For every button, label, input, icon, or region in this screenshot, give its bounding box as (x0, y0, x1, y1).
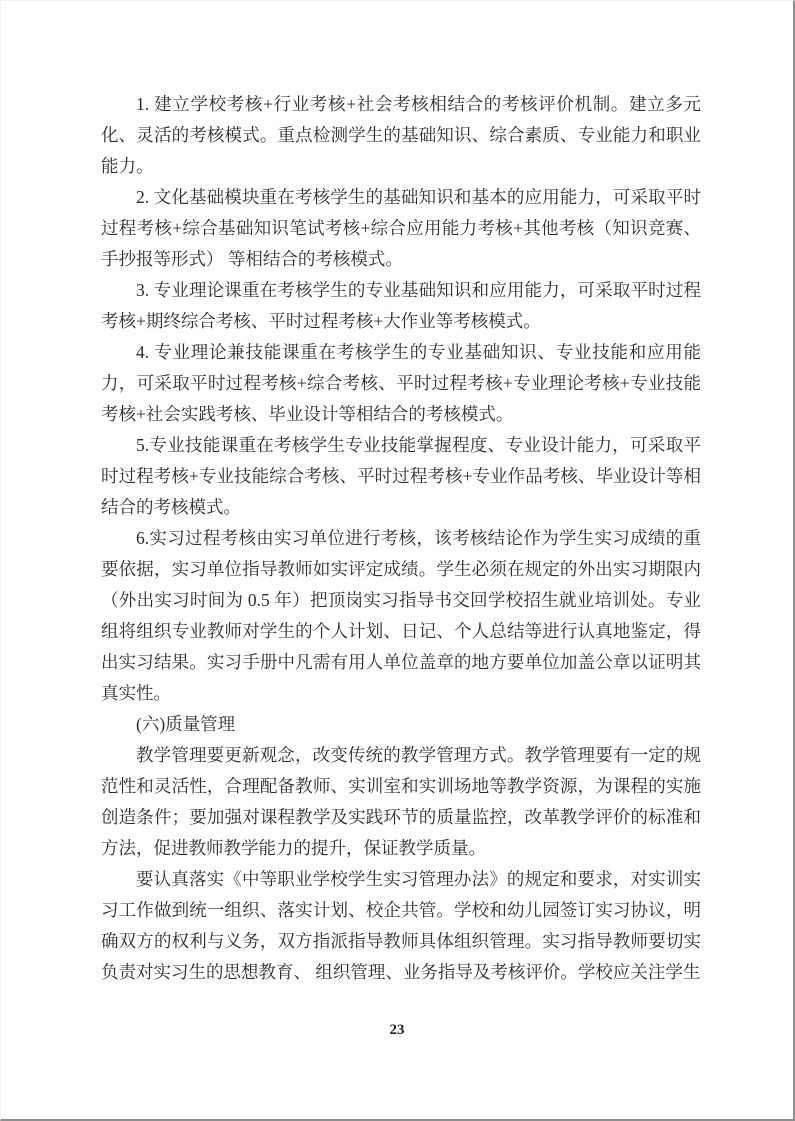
section-heading-quality-management: (六)质量管理 (101, 709, 701, 740)
paragraph-numbered-3: 3. 专业理论课重在考核学生的专业基础知识和应用能力，可采取平时过程考核+期终综… (101, 275, 701, 337)
page-number: 23 (1, 1022, 793, 1039)
paragraph-numbered-2: 2. 文化基础模块重在考核学生的基础知识和基本的应用能力，可采取平时过程考核+综… (101, 182, 701, 275)
document-page: 1. 建立学校考核+行业考核+社会考核相结合的考核评价机制。建立多元化、灵活的考… (0, 0, 795, 1121)
paragraph-numbered-1: 1. 建立学校考核+行业考核+社会考核相结合的考核评价机制。建立多元化、灵活的考… (101, 89, 701, 182)
document-body: 1. 建立学校考核+行业考核+社会考核相结合的考核评价机制。建立多元化、灵活的考… (101, 89, 701, 988)
paragraph-teaching-management: 教学管理要更新观念，改变传统的教学管理方式。教学管理要有一定的规范性和灵活性，合… (101, 740, 701, 864)
paragraph-internship-management: 要认真落实《中等职业学校学生实习管理办法》的规定和要求，对实训实习工作做到统一组… (101, 864, 701, 988)
paragraph-numbered-4: 4. 专业理论兼技能课重在考核学生的专业基础知识、专业技能和应用能力，可采取平时… (101, 337, 701, 430)
paragraph-numbered-5: 5.专业技能课重在考核学生专业技能掌握程度、专业设计能力，可采取平时过程考核+专… (101, 430, 701, 523)
paragraph-numbered-6: 6.实习过程考核由实习单位进行考核，该考核结论作为学生实习成绩的重要依据，实习单… (101, 523, 701, 709)
